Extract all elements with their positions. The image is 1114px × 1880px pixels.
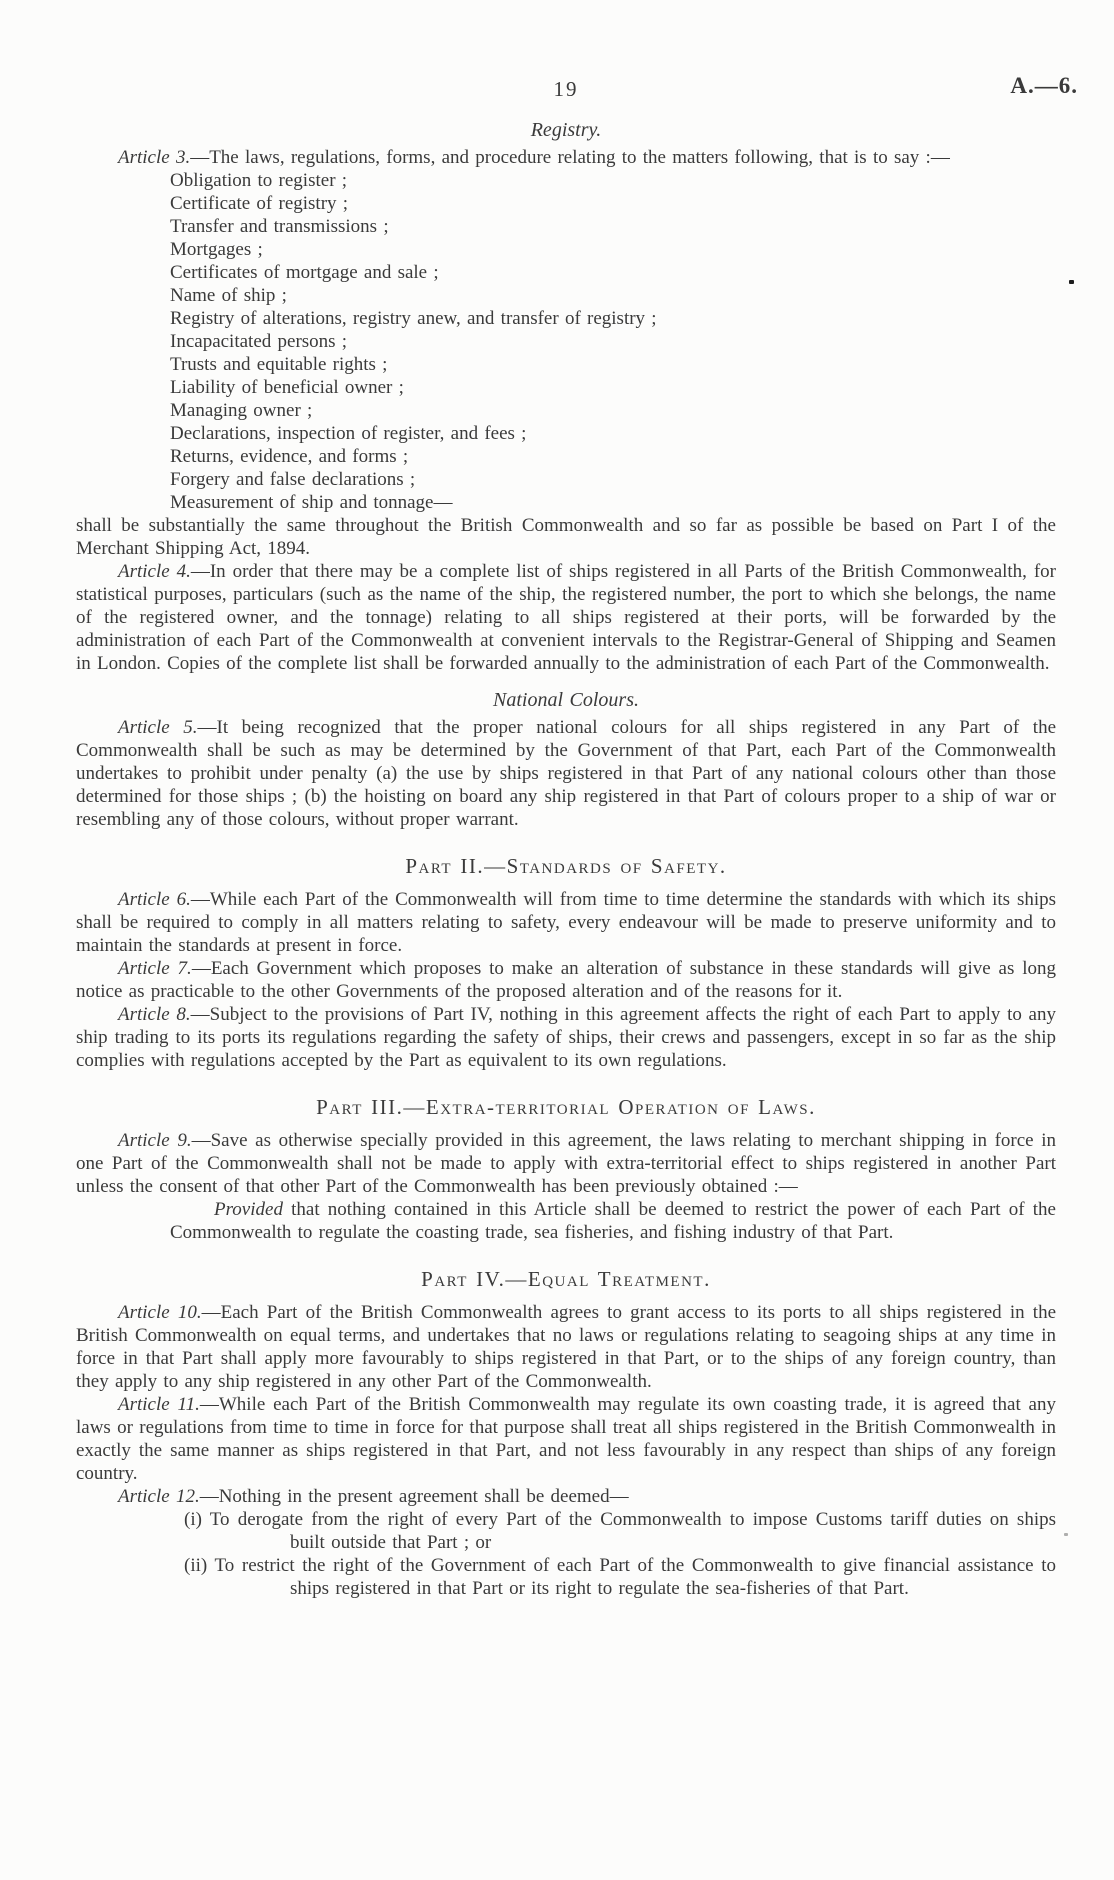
- article-7-paragraph: Article 7.—Each Government which propose…: [76, 957, 1056, 1003]
- article-3-text: —The laws, regulations, forms, and proce…: [190, 147, 950, 168]
- article-10-text: —Each Part of the British Commonwealth a…: [76, 1302, 1056, 1392]
- document-body: Registry. Article 3.—The laws, regulatio…: [76, 119, 1056, 1600]
- article-3-item: Trusts and equitable rights ;: [170, 353, 1056, 376]
- heading-part-4: Part IV.—Equal Treatment.: [76, 1268, 1056, 1291]
- article-12-text: —Nothing in the present agreement shall …: [200, 1486, 629, 1507]
- article-5-label: Article 5.: [118, 717, 198, 738]
- article-3-item: Liability of beneficial owner ;: [170, 376, 1056, 399]
- article-7-text: —Each Government which proposes to make …: [76, 958, 1056, 1002]
- article-3-item: Certificate of registry ;: [170, 192, 1056, 215]
- article-3-item: Measurement of ship and tonnage—: [170, 491, 1056, 514]
- ink-speck-faint: [1064, 1533, 1068, 1536]
- article-12-label: Article 12.: [118, 1486, 200, 1507]
- article-11-paragraph: Article 11.—While each Part of the Briti…: [76, 1393, 1056, 1485]
- article-3-item: Forgery and false declarations ;: [170, 468, 1056, 491]
- article-10-paragraph: Article 10.—Each Part of the British Com…: [76, 1301, 1056, 1393]
- article-3-item: Certificates of mortgage and sale ;: [170, 261, 1056, 284]
- document-reference: A.—6.: [1010, 74, 1078, 97]
- proviso-text: that nothing contained in this Article s…: [170, 1199, 1056, 1243]
- article-3-paragraph: Article 3.—The laws, regulations, forms,…: [76, 146, 1056, 169]
- document-page: 19 A.—6. Registry. Article 3.—The laws, …: [0, 0, 1114, 1880]
- article-4-paragraph: Article 4.—In order that there may be a …: [76, 560, 1056, 675]
- article-8-paragraph: Article 8.—Subject to the provisions of …: [76, 1003, 1056, 1072]
- page-header: 19 A.—6.: [76, 78, 1056, 102]
- article-11-text: —While each Part of the British Commonwe…: [76, 1394, 1056, 1484]
- page-number: 19: [554, 78, 579, 101]
- article-11-label: Article 11.: [118, 1394, 200, 1415]
- article-3-item: Returns, evidence, and forms ;: [170, 445, 1056, 468]
- article-6-paragraph: Article 6.—While each Part of the Common…: [76, 888, 1056, 957]
- article-3-item: Name of ship ;: [170, 284, 1056, 307]
- proviso-label: Provided: [214, 1199, 283, 1220]
- article-8-label: Article 8.: [118, 1004, 191, 1025]
- article-4-text: —In order that there may be a complete l…: [76, 561, 1056, 674]
- article-4-label: Article 4.: [118, 561, 191, 582]
- article-6-text: —While each Part of the Commonwealth wil…: [76, 889, 1056, 956]
- heading-registry: Registry.: [76, 119, 1056, 142]
- article-8-text: —Subject to the provisions of Part IV, n…: [76, 1004, 1056, 1071]
- article-12-item: (i) To derogate from the right of every …: [290, 1508, 1056, 1554]
- article-3-item: Declarations, inspection of register, an…: [170, 422, 1056, 445]
- article-3-item: Transfer and transmissions ;: [170, 215, 1056, 238]
- heading-part-2: Part II.—Standards of Safety.: [76, 855, 1056, 878]
- article-5-paragraph: Article 5.—It being recognized that the …: [76, 716, 1056, 831]
- article-3-item: Obligation to register ;: [170, 169, 1056, 192]
- article-3-item: Mortgages ;: [170, 238, 1056, 261]
- article-7-label: Article 7.: [118, 958, 192, 979]
- article-9-label: Article 9.: [118, 1130, 192, 1151]
- article-9-proviso: Provided that nothing contained in this …: [170, 1198, 1056, 1244]
- article-3-item: Incapacitated persons ;: [170, 330, 1056, 353]
- article-9-paragraph: Article 9.—Save as otherwise specially p…: [76, 1129, 1056, 1198]
- article-10-label: Article 10.: [118, 1302, 202, 1323]
- article-12-paragraph: Article 12.—Nothing in the present agree…: [76, 1485, 1056, 1508]
- article-3-item: Managing owner ;: [170, 399, 1056, 422]
- heading-national-colours: National Colours.: [76, 689, 1056, 712]
- heading-part-3: Part III.—Extra-territorial Operation of…: [76, 1096, 1056, 1119]
- article-12-item: (ii) To restrict the right of the Govern…: [290, 1554, 1056, 1600]
- article-3-item: Registry of alterations, registry anew, …: [170, 307, 1056, 330]
- article-5-text: —It being recognized that the proper nat…: [76, 717, 1056, 830]
- ink-speck: [1069, 280, 1074, 284]
- article-6-label: Article 6.: [118, 889, 191, 910]
- article-3-label: Article 3.: [118, 147, 190, 168]
- article-3-closing-text: shall be substantially the same througho…: [76, 514, 1056, 560]
- article-9-text: —Save as otherwise specially provided in…: [76, 1130, 1056, 1197]
